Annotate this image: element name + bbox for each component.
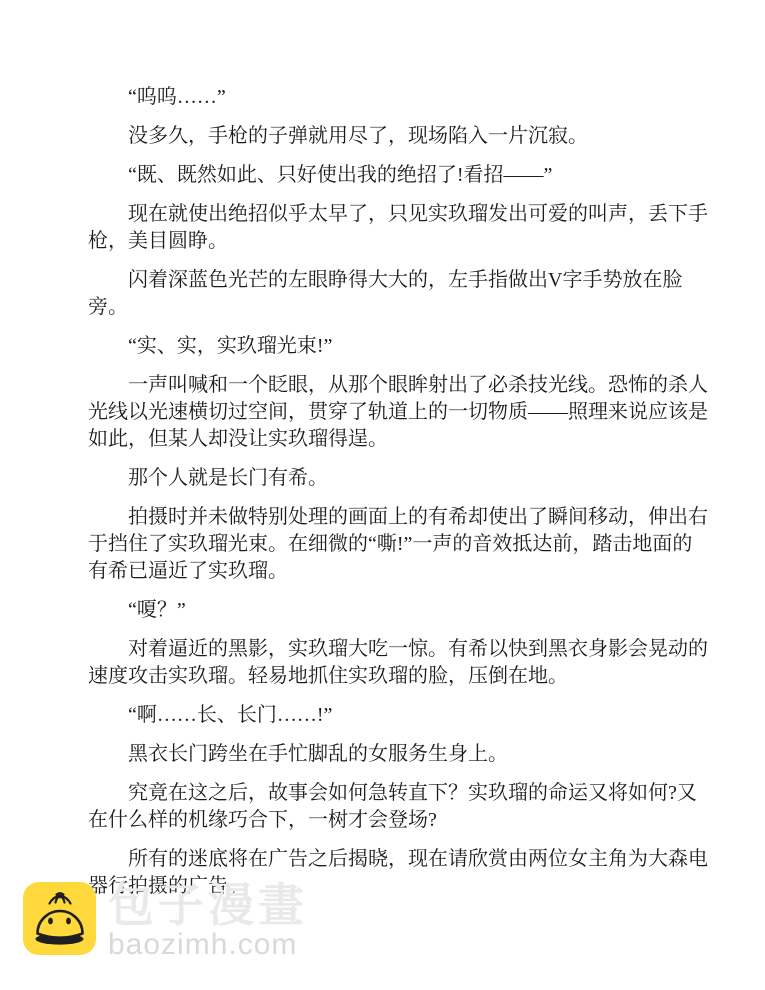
novel-paragraph: 对着逼近的黑影，实玖瑠大吃一惊。有希以快到黑衣身影会晃动的速度攻击实玖瑠。轻易地… — [88, 636, 710, 690]
novel-paragraph: “实、实，实玖瑠光束!” — [88, 333, 710, 360]
novel-page: “呜呜……” 没多久，手枪的子弹就用尽了，现场陷入一片沉寂。 “既、既然如此、只… — [0, 0, 765, 990]
novel-paragraph: 一声叫喊和一个眨眼，从那个眼眸射出了必杀技光线。恐怖的杀人光线以光速横切过空间，… — [88, 372, 710, 453]
novel-paragraph: “呜呜……” — [88, 84, 710, 111]
novel-paragraph: 黑衣长门跨坐在手忙脚乱的女服务生身上。 — [88, 741, 710, 768]
novel-paragraph: 现在就使出绝招似乎太早了，只见实玖瑠发出可爱的叫声，丢下手枪，美目圆睁。 — [88, 201, 710, 255]
watermark-text: 包子漫畫 baozimh.com — [108, 881, 308, 961]
baozimh-watermark: 包子漫畫 baozimh.com — [23, 881, 308, 961]
novel-paragraph: 闪着深蓝色光芒的左眼睁得大大的，左手指做出V字手势放在脸旁。 — [88, 267, 710, 321]
novel-paragraph: 究竟在这之后，故事会如何急转直下？实玖瑠的命运又将如何?又在什么样的机缘巧合下，… — [88, 780, 710, 834]
novel-paragraph: “啊……长、长门……!” — [88, 702, 710, 729]
novel-paragraph: “既、既然如此、只好使出我的绝招了!看招——” — [88, 162, 710, 189]
novel-paragraph: 拍摄时并未做特别处理的画面上的有希却使出了瞬间移动，伸出右于挡住了实玖瑠光束。在… — [88, 504, 710, 585]
novel-paragraph: 没多久，手枪的子弹就用尽了，现场陷入一片沉寂。 — [88, 123, 710, 150]
baozi-bun-icon — [23, 881, 97, 957]
novel-paragraph: 那个人就是长门有希。 — [88, 465, 710, 492]
brand-url: baozimh.com — [108, 929, 308, 961]
brand-name: 包子漫畫 — [108, 881, 308, 929]
novel-text-block: “呜呜……” 没多久，手枪的子弹就用尽了，现场陷入一片沉寂。 “既、既然如此、只… — [88, 84, 710, 912]
novel-paragraph: “嗄？” — [88, 597, 710, 624]
